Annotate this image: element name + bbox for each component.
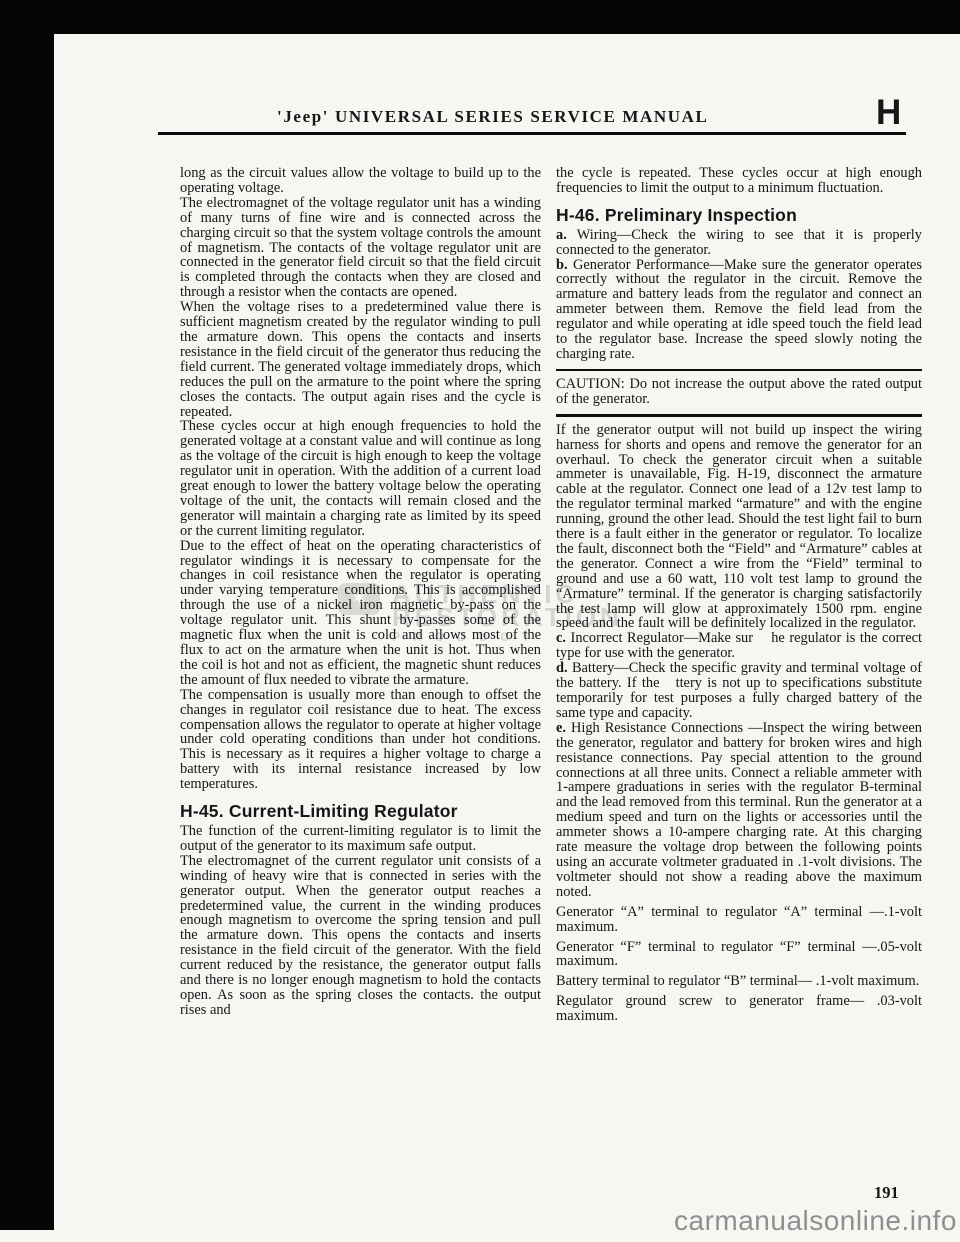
paragraph: The compensation is usually more than en…: [180, 688, 541, 792]
paragraph: e. High Resistance Connections —Inspect …: [556, 721, 922, 900]
paragraph: d. Battery—Check the specific gravity an…: [556, 661, 922, 721]
paragraph: Regulator ground screw to generator fram…: [556, 994, 922, 1024]
paragraph-lead: b.: [556, 257, 568, 273]
paragraph: The electromagnet of the voltage regulat…: [180, 196, 541, 300]
paragraph: long as the circuit values allow the vol…: [180, 166, 541, 196]
paragraph: Battery terminal to regulator “B” termin…: [556, 974, 922, 989]
paragraph-lead: a.: [556, 227, 567, 243]
site-watermark: carmanualsonline.info: [674, 1205, 957, 1237]
paragraph: CAUTION: Do not increase the output abov…: [556, 377, 922, 407]
paragraph-lead: c.: [556, 630, 566, 646]
paragraph: c. Incorrect Regulator—Make sur he regul…: [556, 631, 922, 661]
paragraph: a. Wiring—Check the wiring to see that i…: [556, 228, 922, 258]
paragraph: Due to the effect of heat on the operati…: [180, 539, 541, 688]
paragraph: When the voltage rises to a predetermine…: [180, 300, 541, 419]
paragraph: Generator “A” terminal to regulator “A” …: [556, 905, 922, 935]
paragraph: If the generator output will not build u…: [556, 423, 922, 632]
paragraph: b. Generator Performance—Make sure the g…: [556, 258, 922, 362]
page-number: 191: [874, 1183, 899, 1203]
section-letter: H: [876, 95, 900, 130]
section-heading: H-45. Current-Limiting Regulator: [180, 804, 541, 819]
paragraph: Generator “F” terminal to regulator “F” …: [556, 940, 922, 970]
paragraph: The electromagnet of the current regulat…: [180, 854, 541, 1018]
right-column: the cycle is repeated. These cycles occu…: [556, 166, 922, 1024]
header-rule: [158, 132, 906, 135]
paragraph-lead: d.: [556, 660, 568, 676]
page-header-title: 'Jeep' UNIVERSAL SERIES SERVICE MANUAL: [277, 107, 708, 127]
left-column: long as the circuit values allow the vol…: [180, 166, 541, 1018]
scan-edge-top: [0, 0, 960, 34]
manual-page: { "header": { "title": "'Jeep' UNIVERSAL…: [0, 0, 960, 1242]
scan-edge-left: [0, 0, 54, 1230]
caution-rule: [556, 414, 922, 417]
paragraph: the cycle is repeated. These cycles occu…: [556, 166, 922, 196]
paragraph: These cycles occur at high enough freque…: [180, 419, 541, 538]
caution-rule: [556, 369, 922, 372]
paragraph: The function of the current-limiting reg…: [180, 824, 541, 854]
paragraph-lead: e.: [556, 720, 566, 736]
section-heading: H-46. Preliminary Inspection: [556, 208, 922, 223]
